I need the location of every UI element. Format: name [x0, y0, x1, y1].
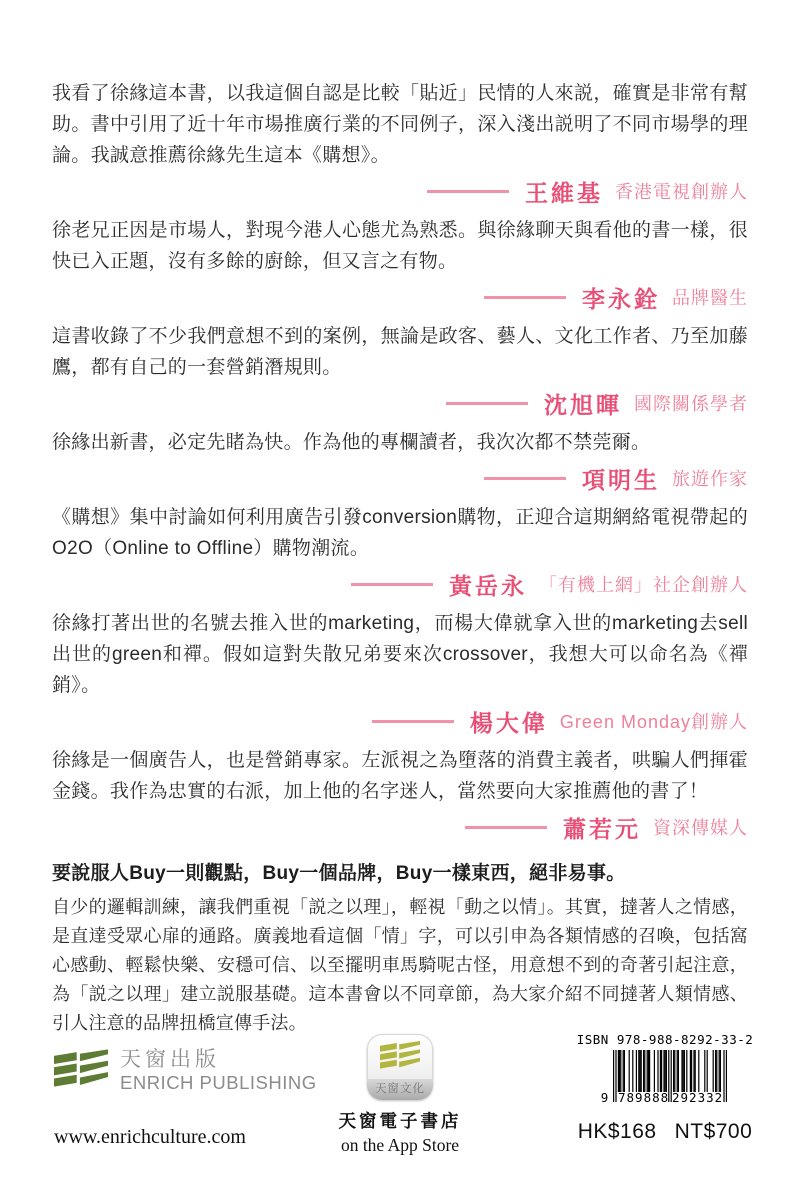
intro-body: 自少的邏輯訓練，讓我們重視「説之以理」，輕視「動之以情」。其實，撻著人之情感，是…: [52, 893, 748, 1038]
quote-author-name: 楊大偉: [470, 705, 548, 738]
price-line: HK$168NT$700: [570, 1120, 760, 1144]
quote-block: 這書收錄了不少我們意想不到的案例，無論是政客、藝人、文化工作者、乃至加藤鷹，都有…: [52, 321, 748, 417]
quote-author-title: 國際關係學者: [634, 390, 748, 416]
quote-author-name: 項明生: [582, 462, 660, 495]
publisher-name: 天窗出版 ENRICH PUBLISHING: [120, 1048, 317, 1094]
attribution-dash: [484, 477, 566, 480]
quote-author-title: 香港電視創辦人: [615, 178, 748, 204]
quote-text: 《購想》集中討論如何利用廣告引發conversion購物，正迎合這期網絡電視帶起…: [52, 502, 748, 564]
quote-attribution: 楊大偉 Green Monday創辦人: [52, 707, 748, 735]
quote-author-title: 「有機上網」社企創辦人: [539, 571, 748, 597]
attribution-dash: [484, 296, 566, 299]
quote-block: 徐緣是一個廣告人，也是營銷專家。左派視之為墮落的消費主義者，哄騙人們揮霍金錢。我…: [52, 745, 748, 841]
publisher-logo-row: 天窗出版 ENRICH PUBLISHING: [54, 1048, 317, 1094]
intro-heading: 要說服人Buy一則觀點，Buy一個品牌，Buy一樣東西，絕非易事。: [52, 859, 748, 889]
publisher-name-zh: 天窗出版: [120, 1048, 317, 1072]
quote-attribution: 項明生 旅遊作家: [52, 464, 748, 492]
quote-text: 徐老兄正因是市場人，對現今港人心態尤為熟悉。與徐緣聊天與看他的書一樣，很快已入正…: [52, 215, 748, 277]
quote-text: 徐緣出新書，必定先睹為快。作為他的專欄讀者，我次次都不禁莞爾。: [52, 427, 748, 458]
quote-text: 我看了徐緣這本書，以我這個自認是比較「貼近」民情的人來説，確實是非常有幫助。書中…: [52, 78, 748, 171]
isbn-label: ISBN 978-988-8292-33-2: [570, 1032, 760, 1047]
barcode-digits: 9 789888 292332: [599, 1092, 731, 1104]
quote-author-title: 品牌醫生: [672, 284, 748, 310]
quote-author-name: 王維基: [525, 175, 603, 208]
quote-author-title: Green Monday創辦人: [560, 708, 748, 734]
quote-attribution: 沈旭暉 國際關係學者: [52, 389, 748, 417]
quote-attribution: 蕭若元 資深傳媒人: [52, 813, 748, 841]
barcode-digit-group: 292332: [672, 1092, 720, 1104]
isbn-barcode-block: ISBN 978-988-8292-33-2 9 789888 292332 H…: [570, 1032, 760, 1144]
quote-author-name: 蕭若元: [563, 811, 641, 844]
enrich-culture-logo-icon: [380, 1040, 420, 1074]
back-cover-footer: 天窗出版 ENRICH PUBLISHING www.enrichculture…: [0, 1026, 800, 1187]
publisher-website: www.enrichculture.com: [54, 1126, 246, 1149]
quote-text: 這書收錄了不少我們意想不到的案例，無論是政客、藝人、文化工作者、乃至加藤鷹，都有…: [52, 321, 748, 383]
quote-author-name: 沈旭暉: [544, 387, 622, 420]
quote-block: 徐緣打著出世的名號去推入世的marketing，而楊大偉就拿入世的marketi…: [52, 608, 748, 735]
quote-block: 徐老兄正因是市場人，對現今港人心態尤為熟悉。與徐緣聊天與看他的書一樣，很快已入正…: [52, 215, 748, 311]
quote-attribution: 王維基 香港電視創辦人: [52, 177, 748, 205]
appstore-line1: 天窗電子書店: [328, 1108, 472, 1133]
quote-attribution: 李永銓 品牌醫生: [52, 283, 748, 311]
book-intro: 要說服人Buy一則觀點，Buy一個品牌，Buy一樣東西，絕非易事。 自少的邏輯訓…: [52, 859, 748, 1038]
quote-attribution: 黃岳永 「有機上網」社企創辦人: [52, 570, 748, 598]
enrich-publishing-logo-icon: [54, 1048, 108, 1094]
quote-block: 《購想》集中討論如何利用廣告引發conversion購物，正迎合這期網絡電視帶起…: [52, 502, 748, 598]
appstore-block: 天窗文化 天窗電子書店 on the App Store: [328, 1034, 472, 1156]
publisher-name-en: ENRICH PUBLISHING: [120, 1072, 317, 1094]
attribution-dash: [465, 826, 547, 829]
price-ntd: NT$700: [675, 1120, 753, 1143]
price-hkd: HK$168: [578, 1120, 657, 1143]
attribution-dash: [351, 583, 433, 586]
barcode-digit-group: 789888: [618, 1092, 666, 1104]
attribution-dash: [372, 720, 454, 723]
quote-block: 我看了徐緣這本書，以我這個自認是比較「貼近」民情的人來説，確實是非常有幫助。書中…: [52, 78, 748, 205]
publisher-block: 天窗出版 ENRICH PUBLISHING: [54, 1048, 317, 1094]
quote-author-title: 資深傳媒人: [653, 814, 748, 840]
quote-block: 徐緣出新書，必定先睹為快。作為他的專欄讀者，我次次都不禁莞爾。 項明生 旅遊作家: [52, 427, 748, 492]
quote-author-title: 旅遊作家: [672, 465, 748, 491]
quote-author-name: 黃岳永: [449, 568, 527, 601]
attribution-dash: [446, 402, 528, 405]
quote-text: 徐緣是一個廣告人，也是營銷專家。左派視之為墮落的消費主義者，哄騙人們揮霍金錢。我…: [52, 745, 748, 807]
quote-author-name: 李永銓: [582, 281, 660, 314]
app-icon-label: 天窗文化: [367, 1079, 433, 1100]
appstore-line2: on the App Store: [328, 1135, 472, 1156]
enrich-culture-app-icon: 天窗文化: [367, 1034, 433, 1100]
quote-text: 徐緣打著出世的名號去推入世的marketing，而楊大偉就拿入世的marketi…: [52, 608, 748, 701]
back-cover-content: 我看了徐緣這本書，以我這個自認是比較「貼近」民情的人來説，確實是非常有幫助。書中…: [52, 78, 748, 1038]
attribution-dash: [427, 190, 509, 193]
barcode: 9 789888 292332: [599, 1050, 731, 1104]
book-back-cover: 我看了徐緣這本書，以我這個自認是比較「貼近」民情的人來説，確實是非常有幫助。書中…: [0, 0, 800, 1187]
barcode-digit-group: 9: [599, 1092, 611, 1104]
